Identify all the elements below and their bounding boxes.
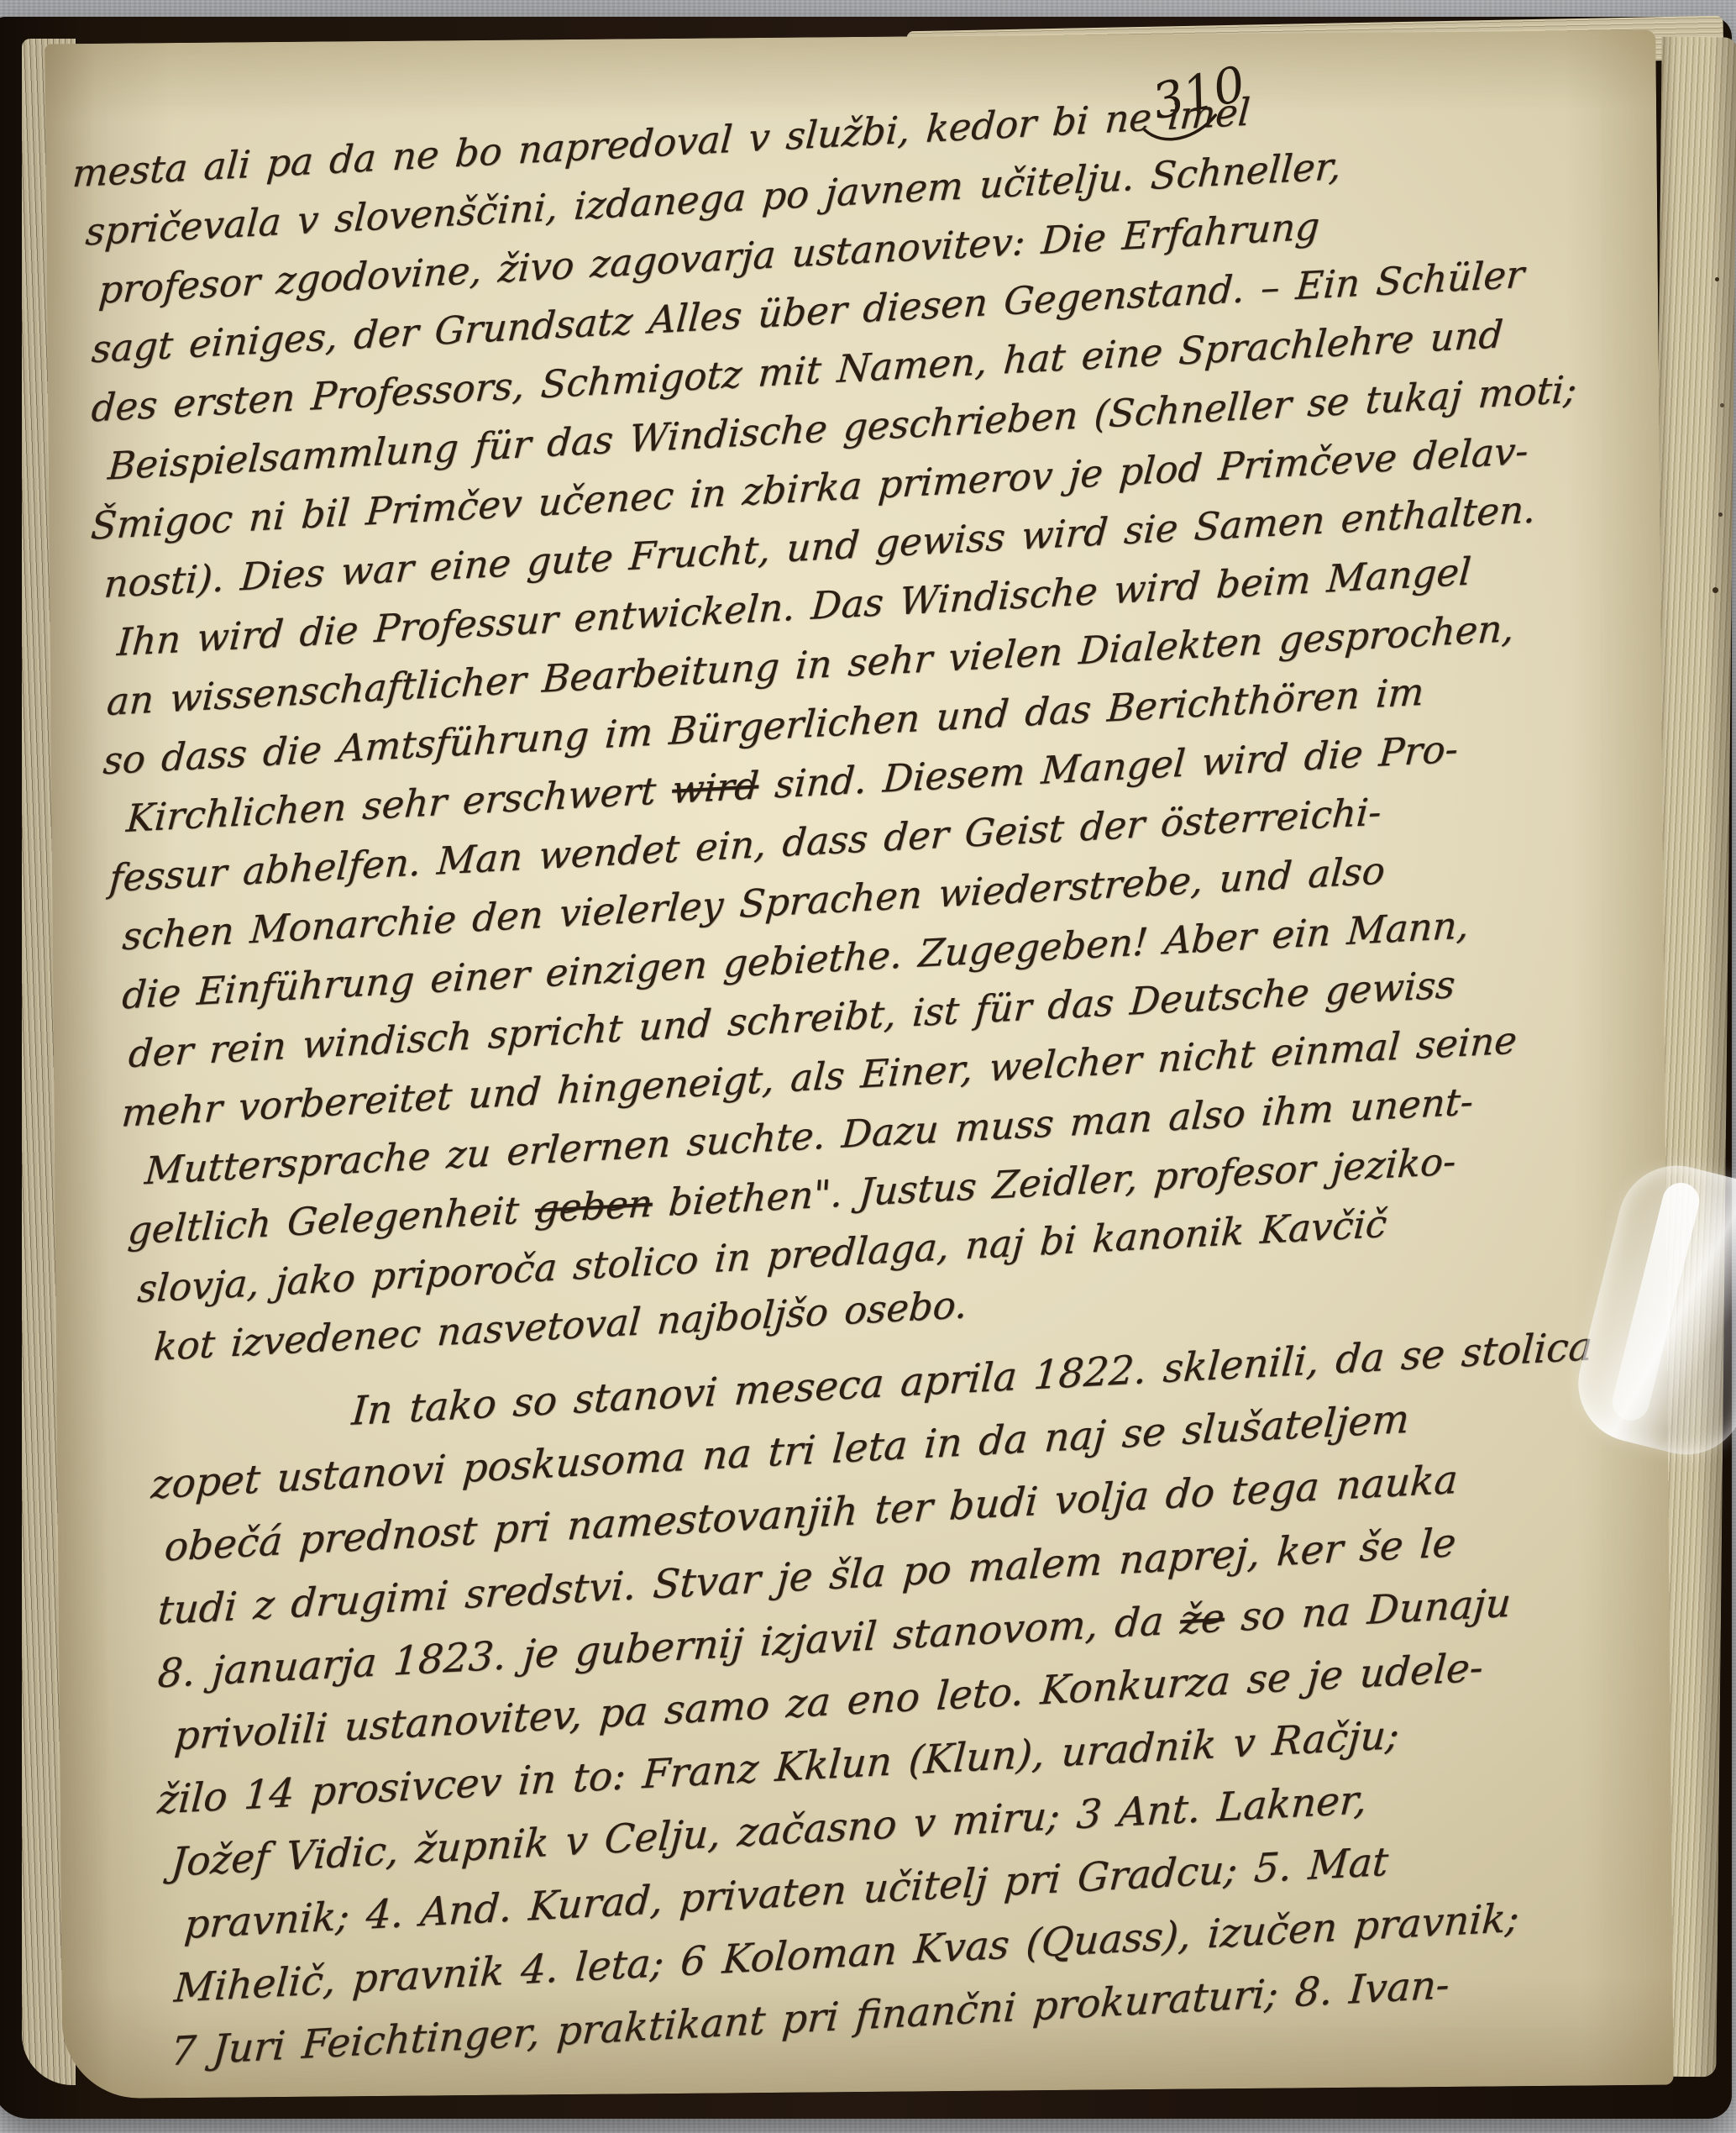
manuscript-paragraph: In tako so stanovi meseca aprila 1822. s… — [136, 1309, 1673, 2083]
manuscript-text-block: mesta ali pa da ne bo napredoval v služb… — [71, 62, 1673, 2083]
glass-highlight — [1608, 1179, 1703, 1424]
struck-word: že — [1178, 1595, 1225, 1644]
line-text: so na Dunaju — [1223, 1580, 1513, 1642]
manuscript-page: 310 mesta ali pa da ne bo napredoval v s… — [45, 30, 1673, 2099]
struck-word: wird — [670, 763, 760, 812]
struck-word: geben — [533, 1181, 653, 1232]
photo-scene: 310 mesta ali pa da ne bo napredoval v s… — [0, 0, 1736, 2133]
dust-specks — [1715, 277, 1719, 281]
manuscript-paragraph: mesta ali pa da ne bo napredoval v služb… — [71, 62, 1673, 1378]
